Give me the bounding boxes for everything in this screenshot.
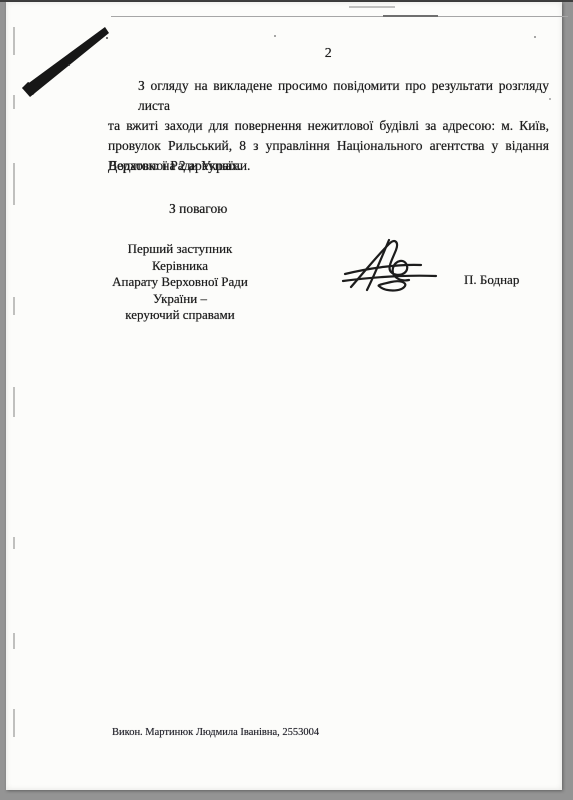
- scan-speck: [549, 98, 551, 100]
- scanned-letter-page: 2 З огляду на викладене просимо повідоми…: [0, 0, 573, 800]
- signature-scribble: [339, 234, 449, 299]
- closing-salutation: З повагою: [169, 201, 227, 217]
- scan-speck: [68, 64, 70, 66]
- scan-speck: [106, 37, 108, 39]
- executor-footer: Викон. Мартинюк Людмила Іванівна, 255300…: [112, 727, 319, 738]
- attachment-note: Додаток: на 2 аркушах.: [108, 158, 241, 174]
- signer-title-block: Перший заступник Керівника Апарату Верхо…: [102, 241, 258, 324]
- page-number: 2: [108, 46, 549, 62]
- paragraph-line: З огляду на викладене просимо повідомити…: [108, 76, 549, 116]
- paragraph-line: та вжиті заходи для повернення нежитлово…: [108, 116, 549, 136]
- signer-title-line: керуючий справами: [102, 307, 258, 324]
- signer-name: П. Боднар: [464, 272, 519, 288]
- signer-title-line: Перший заступник Керівника: [102, 241, 258, 274]
- scan-speck: [534, 36, 536, 38]
- scan-speck: [274, 35, 276, 37]
- signer-title-line: Апарату Верховної Ради України –: [102, 274, 258, 307]
- paragraph-line: провулок Рильський, 8 з управління Націо…: [108, 136, 549, 156]
- document-page: 2 З огляду на викладене просимо повідоми…: [6, 2, 562, 790]
